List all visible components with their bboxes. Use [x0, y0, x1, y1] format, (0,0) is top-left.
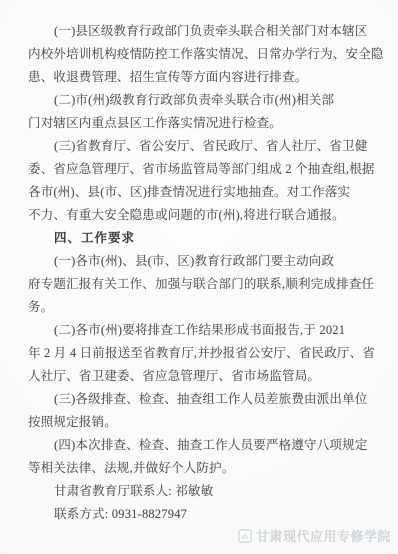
- school-logo-icon: [238, 529, 252, 543]
- document-body: (一)县区级教育行政部门负责牵头联合相关部门对本辖区 内校外培训机构疫情防控工作…: [28, 20, 380, 526]
- section-heading-work-requirements: 四、工作要求: [28, 227, 380, 250]
- paragraph-line: (一)各市(州)、县(市、区)教育行政部门要主动向政: [28, 250, 380, 273]
- paragraph-line: (三)各级排查、检查、抽查组工作人员差旅费由派出单位: [28, 388, 380, 411]
- scanned-document-page: (一)县区级教育行政部门负责牵头联合相关部门对本辖区 内校外培训机构疫情防控工作…: [0, 0, 398, 554]
- paragraph-line: 不力、有重大安全隐患或问题的市(州),将进行联合通报。: [28, 204, 380, 227]
- paragraph-line: 人社厅、省卫建委、省应急管理厅、省市场监管局。: [28, 365, 380, 388]
- paragraph-line: 年 2 月 4 日前报送至省教育厅,并抄报省公安厅、省民政厅、省: [28, 342, 380, 365]
- contact-phone-line: 联系方式: 0931-8827947: [28, 503, 380, 526]
- watermark-label: 甘肃现代应用专修学院: [256, 526, 391, 545]
- paragraph-line: 患、收退费管理、招生宣传等方面内容进行排查。: [28, 66, 380, 89]
- contact-person-line: 甘肃省教育厅联系人: 祁敏敏: [28, 480, 380, 503]
- paragraph-line: 务。: [28, 296, 380, 319]
- paragraph-line: (三)省教育厅、省公安厅、省民政厅、省人社厅、省卫健: [28, 135, 380, 158]
- paragraph-line: (二)各市(州)要将排查工作结果形成书面报告,于 2021: [28, 319, 380, 342]
- paragraph-line: (二)市(州)级教育行政部负责牵头联合市(州)相关部: [28, 89, 380, 112]
- paragraph-line: 各市(州)、县(市、区)排查情况进行实地抽查。对工作落实: [28, 181, 380, 204]
- paragraph-line: 门对辖区内重点县区工作落实情况进行检查。: [28, 112, 380, 135]
- watermark: 甘肃现代应用专修学院: [238, 526, 391, 545]
- paragraph-line: (四)本次排查、检查、抽查工作人员要严格遵守八项规定: [28, 434, 380, 457]
- paragraph-line: 委、省应急管理厅、省市场监管局等部门组成 2 个抽查组,根据: [28, 158, 380, 181]
- paragraph-line: 等相关法律、法规,并做好个人防护。: [28, 457, 380, 480]
- paragraph-line: 内校外培训机构疫情防控工作落实情况、日常办学行为、安全隐: [28, 43, 380, 66]
- paragraph-line: (一)县区级教育行政部门负责牵头联合相关部门对本辖区: [28, 20, 380, 43]
- paragraph-line: 按照规定报销。: [28, 411, 380, 434]
- paragraph-line: 府专题汇报有关工作、加强与联合部门的联系,顺利完成排查任: [28, 273, 380, 296]
